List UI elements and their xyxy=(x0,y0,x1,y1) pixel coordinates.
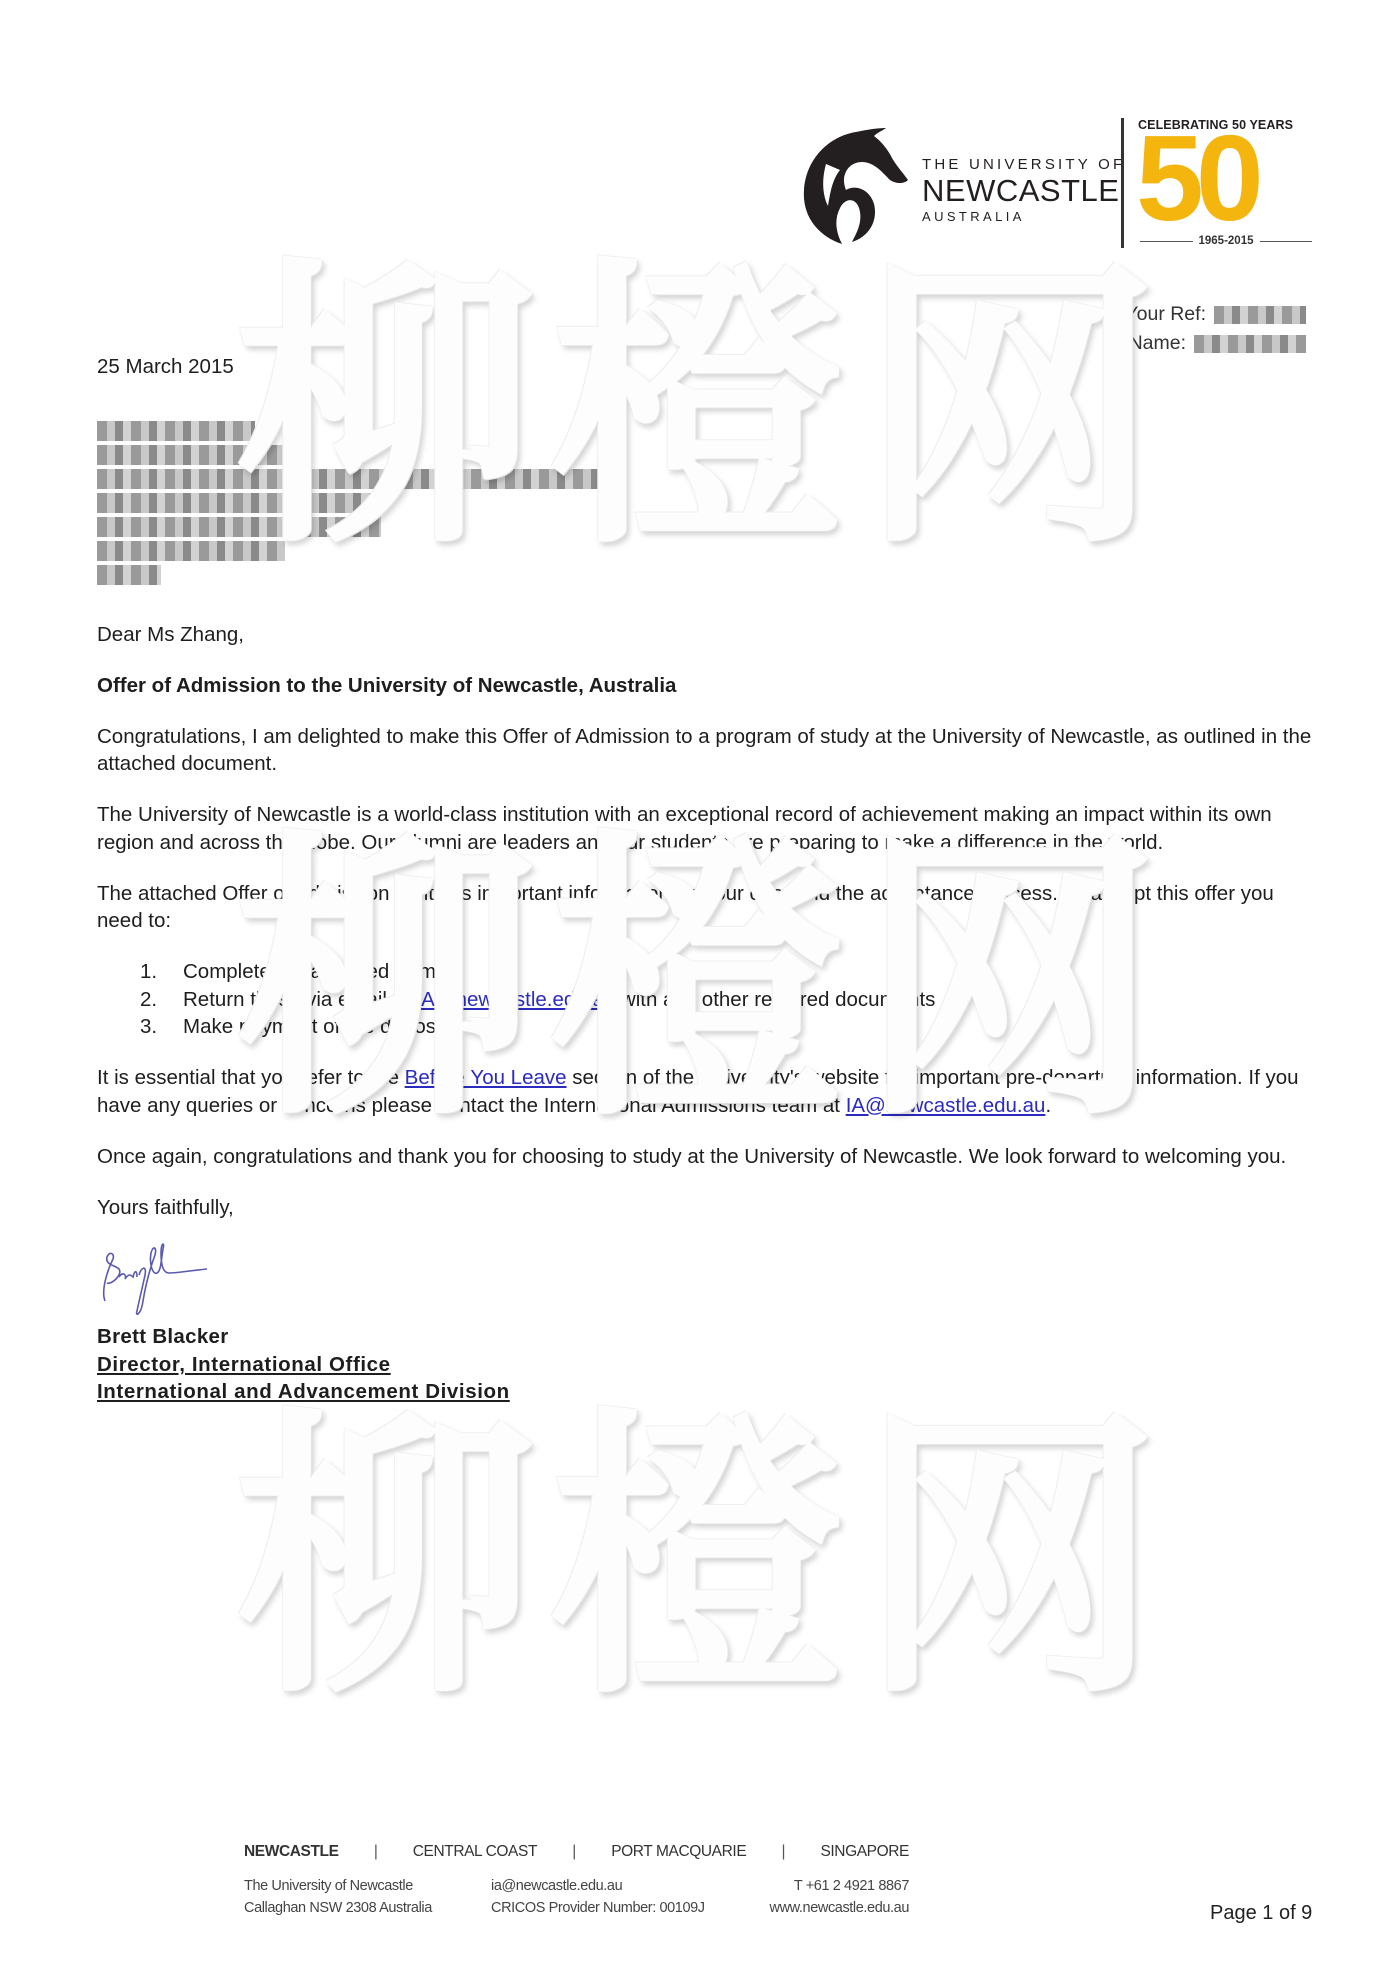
reference-block: Your Ref: Name: xyxy=(1125,300,1306,358)
signatory-name: Brett Blacker xyxy=(97,1323,1312,1351)
your-ref-redacted xyxy=(1214,306,1306,324)
footer-website: www.newcastle.edu.au xyxy=(754,1897,909,1919)
letter-date: 25 March 2015 xyxy=(97,353,1312,381)
recipient-address-redacted xyxy=(97,419,1312,587)
campus-central-coast: CENTRAL COAST xyxy=(413,1843,537,1861)
anniversary-years: 1965-2015 xyxy=(1140,235,1312,247)
campus-list: NEWCASTLE | CENTRAL COAST | PORT MACQUAR… xyxy=(244,1843,909,1861)
letter-body: 25 March 2015 Dear Ms Zhang, Offer of Ad… xyxy=(97,353,1312,1406)
campus-port-macquarie: PORT MACQUARIE xyxy=(611,1843,746,1861)
watermark: 柳橙网 xyxy=(236,1410,1176,1710)
logo-line-1: THE UNIVERSITY OF xyxy=(922,156,1125,174)
list-item: 1. Complete the attached forms xyxy=(97,958,1312,986)
acceptance-steps-list: 1. Complete the attached forms 2. Return… xyxy=(97,958,1312,1041)
name-redacted xyxy=(1194,335,1306,353)
paragraph-congratulations: Congratulations, I am delighted to make … xyxy=(97,723,1312,778)
before-you-leave-link[interactable]: Before You Leave xyxy=(405,1066,567,1089)
footer-address-line-1: The University of Newcastle xyxy=(244,1875,491,1897)
page-number: Page 1 of 9 xyxy=(1210,1902,1312,1925)
logo-line-2: NEWCASTLE xyxy=(922,174,1125,208)
rule-right xyxy=(1260,241,1313,242)
university-wordmark: THE UNIVERSITY OF NEWCASTLE AUSTRALIA xyxy=(922,156,1125,226)
campus-singapore: SINGAPORE xyxy=(820,1843,909,1861)
footer-address-line-2: Callaghan NSW 2308 Australia xyxy=(244,1897,491,1919)
paragraph-before-you-leave: It is essential that you refer to the Be… xyxy=(97,1064,1312,1119)
list-item: 2. Return these via email to IA@newcastl… xyxy=(97,986,1312,1014)
closing-phrase: Yours faithfully, xyxy=(97,1194,1312,1222)
paragraph-closing: Once again, congratulations and thank yo… xyxy=(97,1143,1312,1171)
campus-newcastle: NEWCASTLE xyxy=(244,1843,339,1861)
logo-divider xyxy=(1121,118,1124,248)
contact-details: The University of Newcastle ia@newcastle… xyxy=(244,1875,909,1919)
paragraph-institution: The University of Newcastle is a world-c… xyxy=(97,801,1312,856)
logo-line-3: AUSTRALIA xyxy=(922,208,1125,226)
university-logo-horse-icon xyxy=(800,128,912,246)
contact-email-link[interactable]: IA@newcastle.edu.au xyxy=(846,1094,1046,1117)
signatory-title: Director, International Office xyxy=(97,1351,1312,1379)
anniversary-years-text: 1965-2015 xyxy=(1199,235,1254,247)
letter-subject: Offer of Admission to the University of … xyxy=(97,672,1312,700)
footer-cricos: CRICOS Provider Number: 00109J xyxy=(491,1897,754,1919)
your-ref-label: Your Ref: xyxy=(1125,300,1206,329)
signatory-division: International and Advancement Division xyxy=(97,1378,1312,1406)
your-ref-row: Your Ref: xyxy=(1125,300,1306,329)
paragraph-acceptance: The attached Offer of Admission contains… xyxy=(97,880,1312,935)
rule-left xyxy=(1140,241,1193,242)
salutation: Dear Ms Zhang, xyxy=(97,621,1312,649)
email-link[interactable]: IA@newcastle.edu.au xyxy=(415,988,615,1011)
list-item: 3. Make payment of the deposit xyxy=(97,1013,1312,1041)
footer-phone: T +61 2 4921 8867 xyxy=(754,1875,909,1897)
letter-footer: NEWCASTLE | CENTRAL COAST | PORT MACQUAR… xyxy=(244,1843,909,1919)
footer-email: ia@newcastle.edu.au xyxy=(491,1875,754,1897)
anniversary-number: 50 xyxy=(1136,118,1256,238)
signature-image xyxy=(97,1231,1312,1319)
